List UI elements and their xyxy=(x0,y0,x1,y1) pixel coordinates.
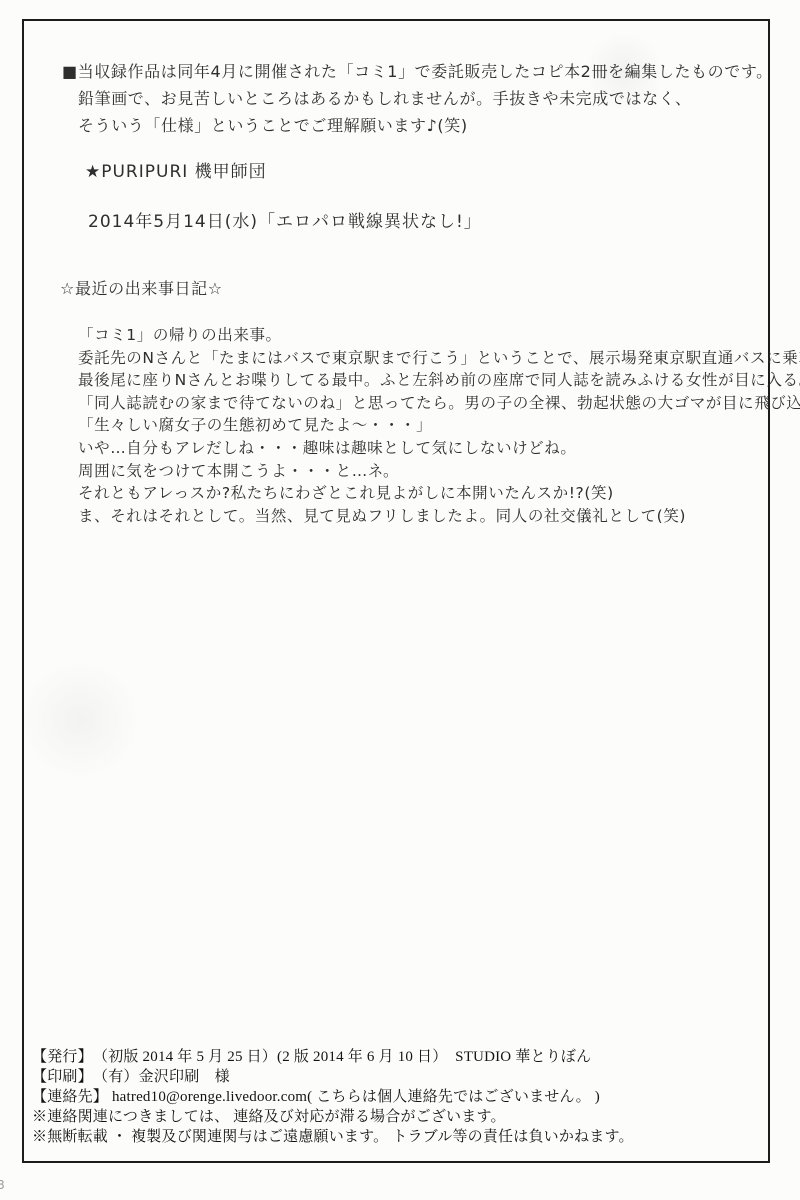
event-date-line: 2014年5月14日(水)「エロパロ戦線異状なし!」 xyxy=(88,207,482,232)
intro-paragraph: ■当収録作品は同年4月に開催された「コミ1」で委託販売したコピ本2冊を編集したも… xyxy=(62,58,773,139)
intro-line: ■当収録作品は同年4月に開催された「コミ1」で委託販売したコピ本2冊を編集したも… xyxy=(62,58,773,85)
colophon-line-publisher: 【発行】 （初版 2014 年 5 月 25 日）(2 版 2014 年 6 月… xyxy=(32,1047,634,1067)
diary-line: 最後尾に座りNさんとお喋りしてる最中。ふと左斜め前の座席で同人誌を読みふける女性… xyxy=(78,369,800,392)
colophon-line-notice-contact: ※連絡関連につきましては、 連絡及び対応が滞る場合がございます。 xyxy=(32,1107,634,1127)
intro-line: そういう「仕様」ということでご理解願います♪(笑) xyxy=(62,112,773,139)
page-frame: ■当収録作品は同年4月に開催された「コミ1」で委託販売したコピ本2冊を編集したも… xyxy=(22,19,770,1163)
diary-line: 「コミ1」の帰りの出来事。 xyxy=(78,324,800,347)
diary-line: 周囲に気をつけて本開こうよ・・・と…ネ。 xyxy=(78,460,800,483)
intro-line: 鉛筆画で、お見苦しいところはあるかもしれませんが。手抜きや未完成ではなく、 xyxy=(62,85,773,112)
colophon-line-printer: 【印刷】 （有）金沢印刷 様 xyxy=(32,1067,634,1087)
scanned-page: ■当収録作品は同年4月に開催された「コミ1」で委託販売したコピ本2冊を編集したも… xyxy=(0,0,800,1200)
colophon-line-contact: 【連絡先】 hatred10@orenge.livedoor.com( こちらは… xyxy=(32,1087,634,1107)
diary-paragraph: 「コミ1」の帰りの出来事。 委託先のNさんと「たまにはバスで東京駅まで行こう」と… xyxy=(78,324,800,527)
diary-line: ま、それはそれとして。当然、見て見ぬフリしましたよ。同人の社交儀礼として(笑) xyxy=(78,505,800,528)
colophon-line-notice-copyright: ※無断転載 ・ 複製及び関連関与はご遠慮願います。 トラブル等の責任は負いかねま… xyxy=(32,1127,634,1147)
diary-line: いや…自分もアレだしね・・・趣味は趣味として気にしないけどね。 xyxy=(78,437,800,460)
diary-line: 「同人誌読むの家まで待てないのね」と思ってたら。男の子の全裸、勃起状態の大ゴマが… xyxy=(78,392,800,415)
diary-line: それともアレっスか?私たちにわざとこれ見よがしに本開いたんスか!?(笑) xyxy=(78,482,800,505)
diary-heading: ☆最近の出来事日記☆ xyxy=(60,276,223,299)
colophon: 【発行】 （初版 2014 年 5 月 25 日）(2 版 2014 年 6 月… xyxy=(32,1047,634,1147)
page-number: 8 xyxy=(0,1178,5,1192)
diary-line: 委託先のNさんと「たまにはバスで東京駅まで行こう」ということで、展示場発東京駅直… xyxy=(78,347,800,370)
diary-line: 「生々しい腐女子の生態初めて見たよ～・・・」 xyxy=(78,414,800,437)
circle-name: ★PURIPURI 機甲師団 xyxy=(85,157,267,182)
